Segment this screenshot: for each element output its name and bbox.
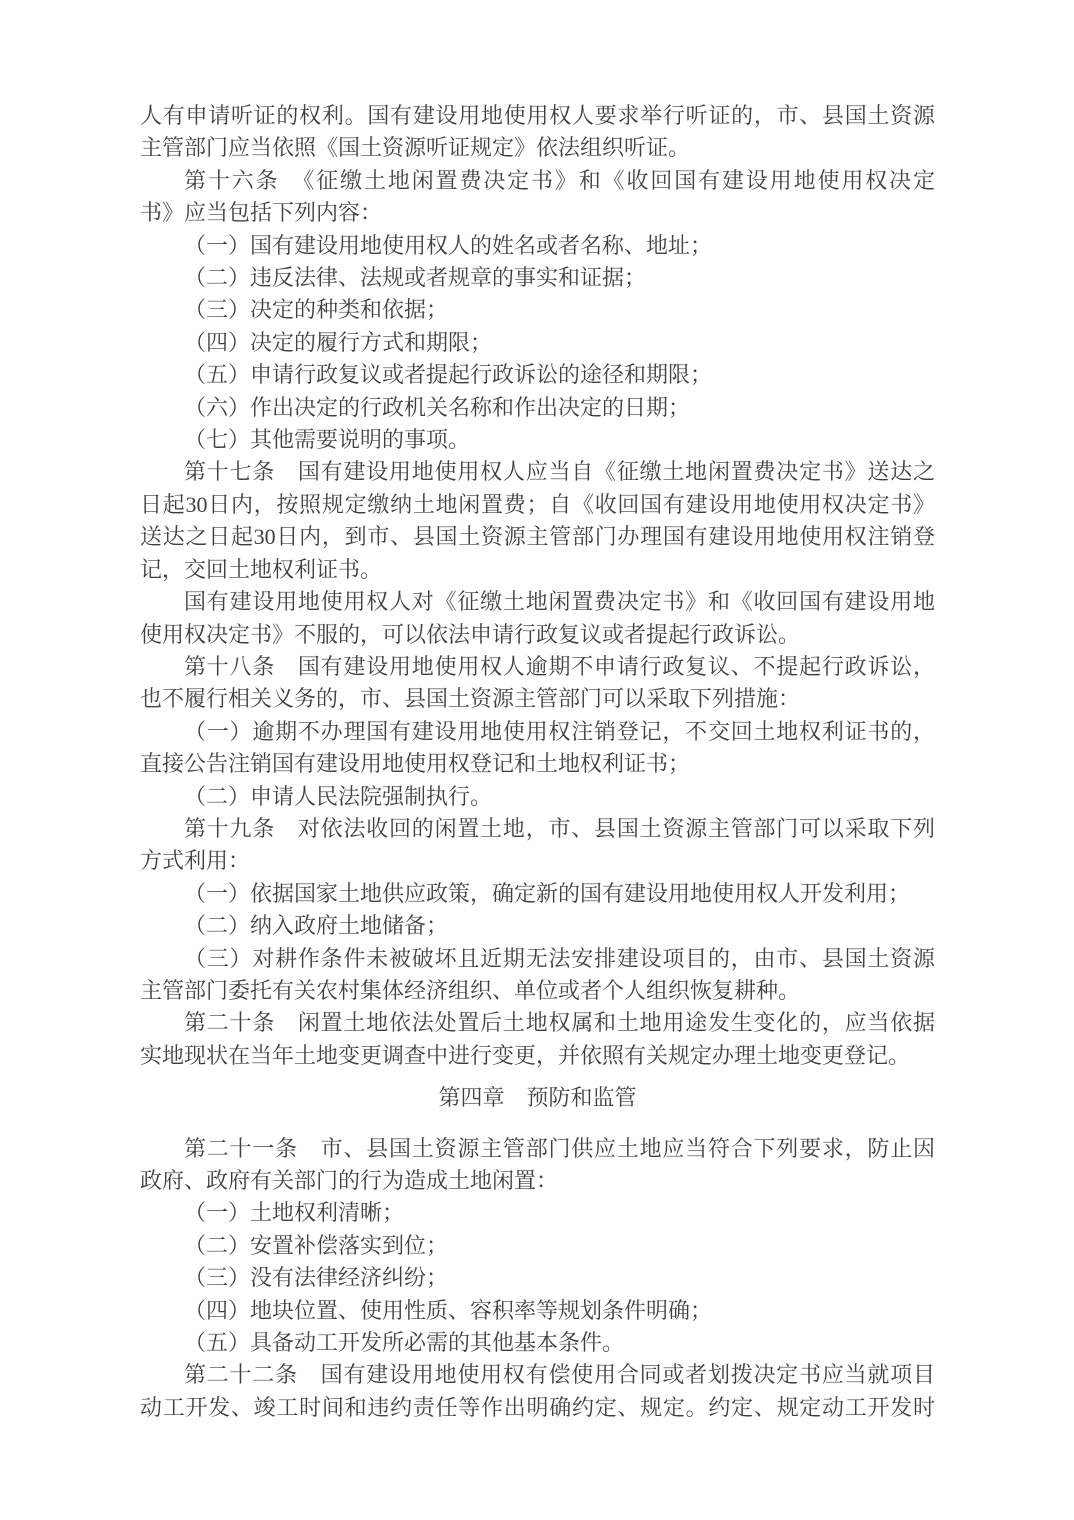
document-line: （一）土地权利清晰； <box>140 1197 935 1229</box>
document-line: （一）国有建设用地使用权人的姓名或者名称、地址； <box>140 230 935 262</box>
document-line: （四）决定的履行方式和期限； <box>140 327 935 359</box>
document-line: （二）纳入政府土地储备； <box>140 910 935 942</box>
document-line: 第十六条 《征缴土地闲置费决定书》和《收回国有建设用地使用权决定 <box>140 165 935 197</box>
document-page: 人有申请听证的权利。国有建设用地使用权人要求举行听证的，市、县国土资源主管部门应… <box>0 0 1074 1520</box>
document-line: （五）具备动工开发所必需的其他基本条件。 <box>140 1327 935 1359</box>
document-line: （三）决定的种类和依据； <box>140 294 935 326</box>
document-line: 记，交回土地权利证书。 <box>140 554 935 586</box>
document-line: 使用权决定书》不服的，可以依法申请行政复议或者提起行政诉讼。 <box>140 619 935 651</box>
document-body: 人有申请听证的权利。国有建设用地使用权人要求举行听证的，市、县国土资源主管部门应… <box>140 100 935 1424</box>
document-line: （二）安置补偿落实到位； <box>140 1230 935 1262</box>
document-line: 也不履行相关义务的，市、县国土资源主管部门可以采取下列措施： <box>140 683 935 715</box>
document-line: 动工开发、竣工时间和违约责任等作出明确约定、规定。约定、规定动工开发时 <box>140 1392 935 1424</box>
document-line: 第十七条 国有建设用地使用权人应当自《征缴土地闲置费决定书》送达之 <box>140 456 935 488</box>
document-line: 主管部门应当依照《国土资源听证规定》依法组织听证。 <box>140 132 935 164</box>
document-line: 人有申请听证的权利。国有建设用地使用权人要求举行听证的，市、县国土资源 <box>140 100 935 132</box>
document-line: （三）没有法律经济纠纷； <box>140 1262 935 1294</box>
document-line: 书》应当包括下列内容： <box>140 197 935 229</box>
document-line: 第十九条 对依法收回的闲置土地，市、县国土资源主管部门可以采取下列 <box>140 813 935 845</box>
document-line: 日起30日内，按照规定缴纳土地闲置费；自《收回国有建设用地使用权决定书》 <box>140 489 935 521</box>
document-line: 第十八条 国有建设用地使用权人逾期不申请行政复议、不提起行政诉讼， <box>140 651 935 683</box>
document-line: 方式利用： <box>140 845 935 877</box>
document-line: （一）依据国家土地供应政策，确定新的国有建设用地使用权人开发利用； <box>140 878 935 910</box>
document-line: （六）作出决定的行政机关名称和作出决定的日期； <box>140 392 935 424</box>
document-line: 国有建设用地使用权人对《征缴土地闲置费决定书》和《收回国有建设用地 <box>140 586 935 618</box>
document-line: （一）逾期不办理国有建设用地使用权注销登记，不交回土地权利证书的， <box>140 716 935 748</box>
document-line: （二）申请人民法院强制执行。 <box>140 781 935 813</box>
document-line: （七）其他需要说明的事项。 <box>140 424 935 456</box>
chapter-heading: 第四章 预防和监管 <box>140 1082 935 1114</box>
document-line: （二）违反法律、法规或者规章的事实和证据； <box>140 262 935 294</box>
document-line: 第二十二条 国有建设用地使用权有偿使用合同或者划拨决定书应当就项目 <box>140 1359 935 1391</box>
document-line: 第二十条 闲置土地依法处置后土地权属和土地用途发生变化的，应当依据 <box>140 1007 935 1039</box>
document-line: 实地现状在当年土地变更调查中进行变更，并依照有关规定办理土地变更登记。 <box>140 1040 935 1072</box>
document-line: 直接公告注销国有建设用地使用权登记和土地权利证书； <box>140 748 935 780</box>
document-line: （四）地块位置、使用性质、容积率等规划条件明确； <box>140 1295 935 1327</box>
document-line: （三）对耕作条件未被破坏且近期无法安排建设项目的，由市、县国土资源 <box>140 943 935 975</box>
document-line: 第二十一条 市、县国土资源主管部门供应土地应当符合下列要求，防止因 <box>140 1133 935 1165</box>
document-line: 主管部门委托有关农村集体经济组织、单位或者个人组织恢复耕种。 <box>140 975 935 1007</box>
document-line: 送达之日起30日内，到市、县国土资源主管部门办理国有建设用地使用权注销登 <box>140 521 935 553</box>
document-line: 政府、政府有关部门的行为造成土地闲置： <box>140 1165 935 1197</box>
document-line: （五）申请行政复议或者提起行政诉讼的途径和期限； <box>140 359 935 391</box>
